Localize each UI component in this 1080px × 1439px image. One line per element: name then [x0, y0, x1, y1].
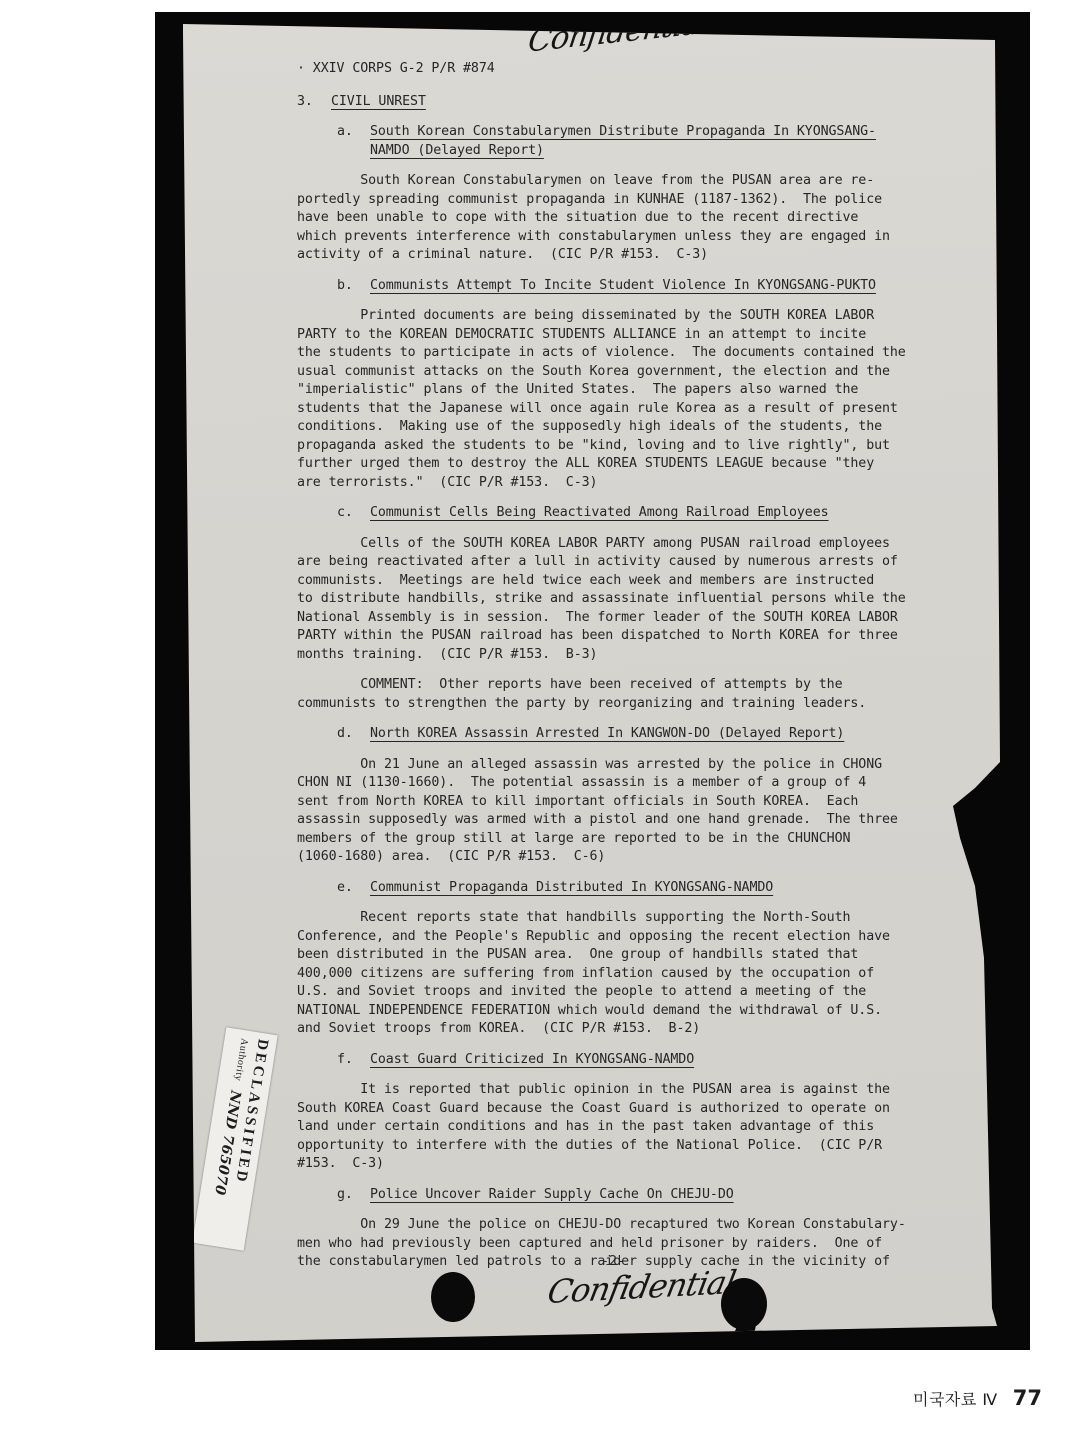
book-footer-label: 미국자료 Ⅳ	[913, 1390, 998, 1409]
scanned-page-background: Confidential · XXIV CORPS G-2 P/R #874 3…	[155, 12, 1030, 1350]
book-footer: 미국자료 Ⅳ 77	[0, 1386, 1042, 1410]
item-heading-text-a: South Korean Constabularymen Distribute …	[370, 123, 876, 160]
item-heading-f: f. Coast Guard Criticized In KYONGSANG-N…	[297, 1051, 944, 1070]
page-number: -2-	[601, 1254, 625, 1269]
item-body-e: Recent reports state that handbills supp…	[297, 909, 944, 1039]
section-title-row: 3. CIVIL UNREST	[297, 93, 944, 112]
book-footer-page-number: 77	[1013, 1386, 1042, 1410]
document-paper: Confidential · XXIV CORPS G-2 P/R #874 3…	[183, 20, 1000, 1342]
item-label-g: g.	[337, 1186, 370, 1205]
item-heading-text-b: Communists Attempt To Incite Student Vio…	[370, 277, 876, 296]
item-heading-text-g: Police Uncover Raider Supply Cache On CH…	[370, 1186, 734, 1205]
item-heading-b: b. Communists Attempt To Incite Student …	[297, 277, 944, 296]
document-content: · XXIV CORPS G-2 P/R #874 3. CIVIL UNRES…	[183, 20, 1000, 1284]
item-body-f: It is reported that public opinion in th…	[297, 1081, 944, 1174]
item-heading-e: e. Communist Propaganda Distributed In K…	[297, 879, 944, 898]
item-label-e: e.	[337, 879, 370, 898]
section-number: 3.	[297, 93, 331, 112]
section-title: CIVIL UNREST	[331, 93, 426, 112]
item-body-a: South Korean Constabularymen on leave fr…	[297, 172, 944, 265]
item-heading-d: d. North KOREA Assassin Arrested In KANG…	[297, 725, 944, 744]
item-heading-text-e: Communist Propaganda Distributed In KYON…	[370, 879, 773, 898]
item-heading-text-c: Communist Cells Being Reactivated Among …	[370, 504, 829, 523]
item-heading-g: g. Police Uncover Raider Supply Cache On…	[297, 1186, 944, 1205]
authority-label: Authority	[232, 1037, 250, 1082]
punch-hole-left	[431, 1272, 475, 1322]
item-heading-text-d: North KOREA Assassin Arrested In KANGWON…	[370, 725, 844, 744]
item-heading-text-f: Coast Guard Criticized In KYONGSANG-NAMD…	[370, 1051, 694, 1070]
item-label-f: f.	[337, 1051, 370, 1070]
item-heading-a: a. South Korean Constabularymen Distribu…	[297, 123, 944, 160]
item-label-c: c.	[337, 504, 370, 523]
item-body-c: Cells of the SOUTH KOREA LABOR PARTY amo…	[297, 535, 944, 665]
item-body-b: Printed documents are being disseminated…	[297, 307, 944, 492]
item-label-d: d.	[337, 725, 370, 744]
item-body-d: On 21 June an alleged assassin was arres…	[297, 756, 944, 867]
item-label-a: a.	[337, 123, 370, 160]
item-label-b: b.	[337, 277, 370, 296]
item-comment-c: COMMENT: Other reports have been receive…	[297, 676, 944, 713]
document-header: · XXIV CORPS G-2 P/R #874	[297, 60, 944, 79]
item-heading-c: c. Communist Cells Being Reactivated Amo…	[297, 504, 944, 523]
